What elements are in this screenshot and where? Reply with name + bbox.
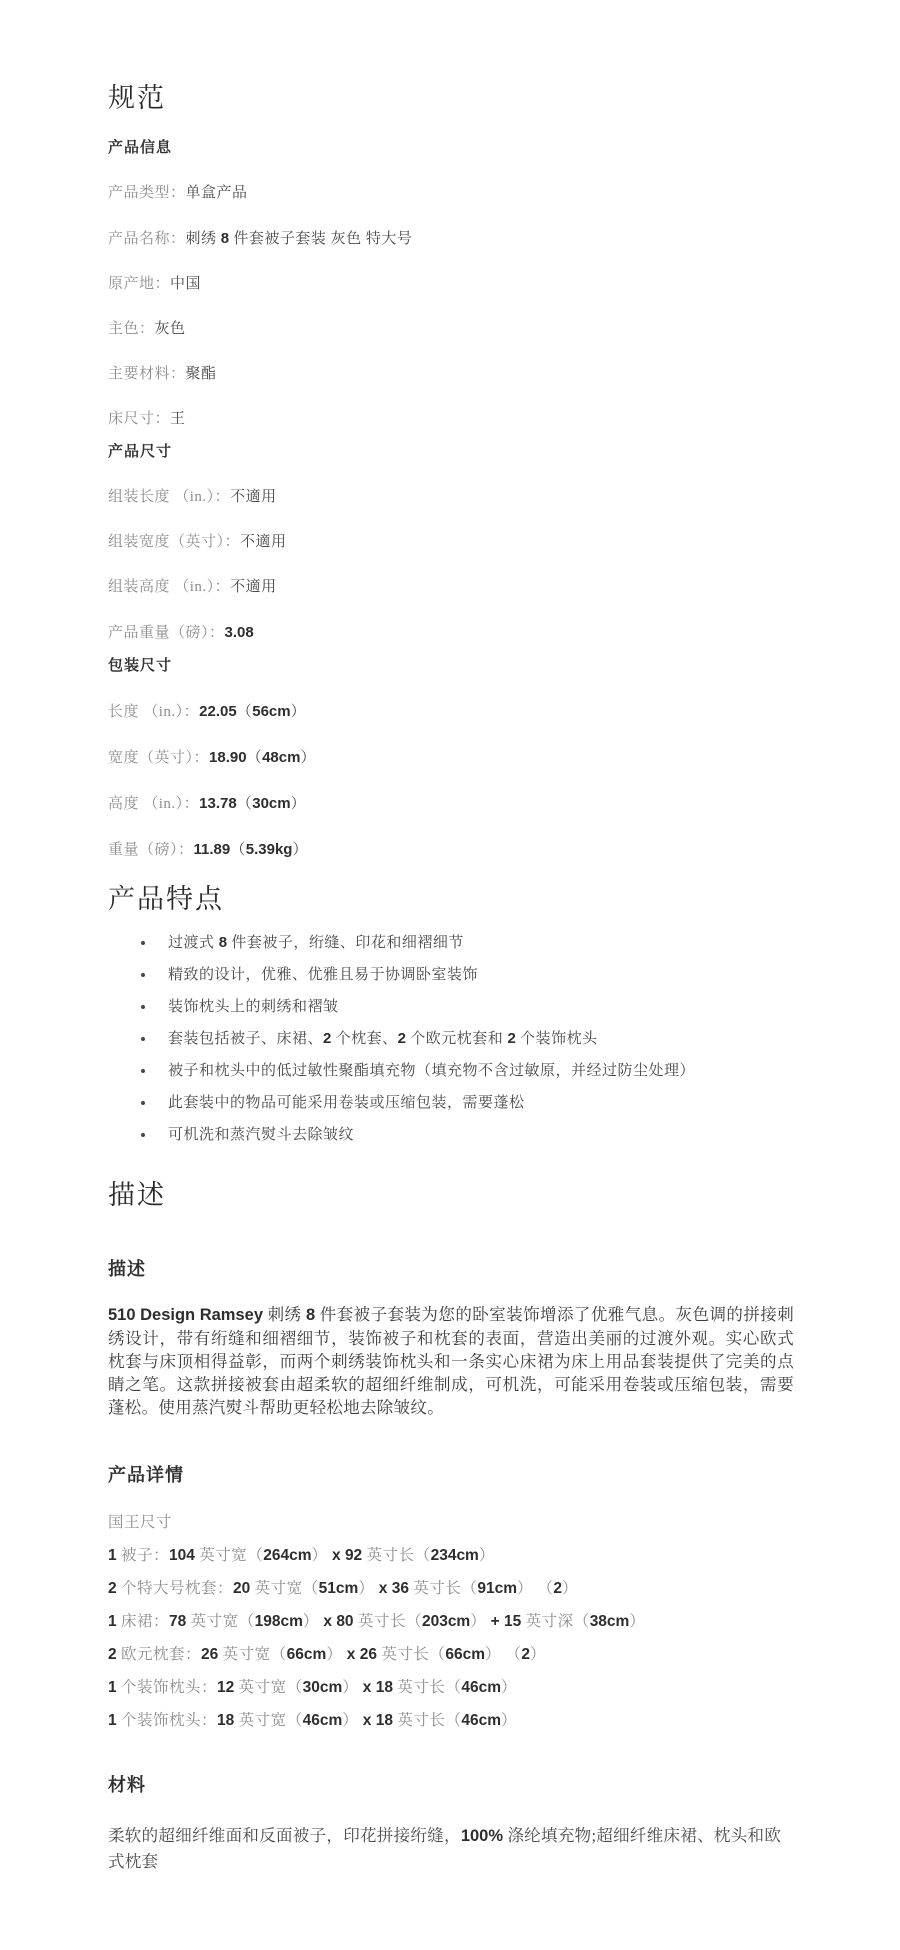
latin-numeric-text: 8 <box>221 230 229 247</box>
features-title: 产品特点 <box>108 883 794 915</box>
spec-group: 产品信息产品类型：单盒产品产品名称：刺绣 8 件套被子套装 灰色 特大号原产地：… <box>108 138 794 430</box>
latin-numeric-text: 104 <box>169 1547 195 1564</box>
details-size-label: 国王尺寸 <box>108 1512 794 1533</box>
spec-group-heading: 包装尺寸 <box>108 656 794 677</box>
feature-item: 套装包括被子、床裙、2 个枕套、2 个欧元枕套和 2 个装饰枕头 <box>156 1029 794 1049</box>
latin-numeric-text: 26 <box>360 1646 377 1663</box>
spec-row-value: 不適用 <box>240 534 287 550</box>
spec-row: 主要材料：聚酯 <box>108 364 794 385</box>
spec-row: 组装宽度（英寸）：不適用 <box>108 532 794 553</box>
latin-numeric-text: x <box>379 1580 388 1597</box>
latin-numeric-text: 1 <box>108 1679 117 1696</box>
spec-row-label: 产品名称： <box>108 231 186 247</box>
latin-numeric-text: 2 <box>507 1030 515 1047</box>
latin-numeric-text: x <box>363 1712 372 1729</box>
materials-heading: 材料 <box>108 1773 794 1797</box>
latin-numeric-text: 66cm <box>287 1646 327 1663</box>
latin-numeric-text: 91cm <box>477 1580 517 1597</box>
latin-numeric-text: 234cm <box>431 1547 479 1564</box>
latin-numeric-text: 18 <box>217 1712 234 1729</box>
spec-row-value: 18.90（48cm） <box>209 750 316 766</box>
spec-row: 产品名称：刺绣 8 件套被子套装 灰色 特大号 <box>108 228 794 250</box>
latin-numeric-text: Design <box>140 1306 195 1324</box>
spec-group-heading: 产品信息 <box>108 138 794 159</box>
latin-numeric-text: 46cm <box>461 1679 501 1696</box>
latin-numeric-text: 78 <box>169 1613 186 1630</box>
spec-row: 重量（磅）：11.89（5.39kg） <box>108 839 794 861</box>
latin-numeric-text: 100% <box>461 1827 503 1845</box>
latin-numeric-text: 80 <box>336 1613 353 1630</box>
latin-numeric-text: 3.08 <box>225 624 254 641</box>
latin-numeric-text: 2 <box>398 1030 406 1047</box>
latin-numeric-text: x <box>363 1679 372 1696</box>
spec-row: 原产地：中国 <box>108 274 794 295</box>
detail-line: 1 床裙：78 英寸宽（198cm） x 80 英寸长（203cm） + 15 … <box>108 1611 794 1632</box>
latin-numeric-text: x <box>323 1613 332 1630</box>
latin-numeric-text: 198cm <box>255 1613 303 1630</box>
spec-row-label: 长度 （in.）： <box>108 704 199 720</box>
spec-row-label: 宽度（英寸）： <box>108 750 209 766</box>
latin-numeric-text: 12 <box>217 1679 234 1696</box>
latin-numeric-text: 18 <box>376 1712 393 1729</box>
spec-row-label: 组装高度 （in.）： <box>108 579 230 595</box>
latin-numeric-text: 26 <box>201 1646 218 1663</box>
spec-row: 高度 （in.）：13.78（30cm） <box>108 793 794 815</box>
description-subheading: 描述 <box>108 1257 794 1281</box>
spec-row-value: 11.89（5.39kg） <box>194 842 308 858</box>
description-body: 510 Design Ramsey 刺绣 8 件套被子套装为您的卧室装饰增添了优… <box>108 1303 794 1419</box>
feature-item: 精致的设计，优雅、优雅且易于协调卧室装饰 <box>156 965 794 985</box>
spec-row-value: 聚酯 <box>186 366 217 382</box>
spec-groups: 产品信息产品类型：单盒产品产品名称：刺绣 8 件套被子套装 灰色 特大号原产地：… <box>108 138 794 861</box>
spec-group: 包装尺寸长度 （in.）：22.05（56cm）宽度（英寸）：18.90（48c… <box>108 656 794 861</box>
latin-numeric-text: 203cm <box>422 1613 470 1630</box>
latin-numeric-text: 2 <box>323 1030 331 1047</box>
spec-row: 产品类型：单盒产品 <box>108 183 794 204</box>
latin-numeric-text: 56cm <box>252 703 290 720</box>
spec-row-value: 灰色 <box>155 321 186 337</box>
spec-row-value: 刺绣 8 件套被子套装 灰色 特大号 <box>186 231 413 247</box>
feature-item: 过渡式 8 件套被子，绗缝、印花和细褶细节 <box>156 933 794 953</box>
latin-numeric-text: 36 <box>392 1580 409 1597</box>
latin-numeric-text: 30cm <box>252 795 290 812</box>
spec-row-label: 高度 （in.）： <box>108 796 199 812</box>
spec-row-label: 产品重量（磅）： <box>108 625 225 641</box>
latin-numeric-text: 51cm <box>319 1580 359 1597</box>
spec-row-label: 产品类型： <box>108 185 186 201</box>
latin-numeric-text: 48cm <box>262 749 300 766</box>
latin-numeric-text: 30cm <box>303 1679 343 1696</box>
spec-row-label: 组装宽度（英寸）： <box>108 534 240 550</box>
latin-numeric-text: 92 <box>345 1547 362 1564</box>
latin-numeric-text: x <box>332 1547 341 1564</box>
spec-row: 主色：灰色 <box>108 319 794 340</box>
latin-numeric-text: 46cm <box>461 1712 501 1729</box>
spec-row-label: 床尺寸： <box>108 411 170 427</box>
latin-numeric-text: x <box>347 1646 356 1663</box>
feature-item: 可机洗和蒸汽熨斗去除皱纹 <box>156 1125 794 1145</box>
spec-row-value: 13.78（30cm） <box>199 796 306 812</box>
spec-row: 组装长度 （in.）：不適用 <box>108 487 794 508</box>
spec-row-value: 王 <box>170 411 186 427</box>
latin-numeric-text: 18 <box>376 1679 393 1696</box>
latin-numeric-text: 18.90 <box>209 749 247 766</box>
spec-row-value: 单盒产品 <box>186 185 248 201</box>
latin-numeric-text: 15 <box>504 1613 521 1630</box>
details-heading: 产品详情 <box>108 1463 794 1487</box>
latin-numeric-text: 11.89 <box>194 841 231 858</box>
spec-row-label: 重量（磅）： <box>108 842 194 858</box>
spec-group: 产品尺寸组装长度 （in.）：不適用组装宽度（英寸）：不適用组装高度 （in.）… <box>108 442 794 644</box>
specifications-title: 规范 <box>108 82 794 114</box>
spec-row-label: 原产地： <box>108 276 170 292</box>
spec-group-heading: 产品尺寸 <box>108 442 794 463</box>
materials-body: 柔软的超细纤维面和反面被子，印花拼接绗缝，100% 涤纶填充物;超细纤维床裙、枕… <box>108 1823 794 1874</box>
latin-numeric-text: 2 <box>553 1580 562 1597</box>
latin-numeric-text: 5.39kg <box>246 841 293 858</box>
latin-numeric-text: 8 <box>219 934 227 951</box>
latin-numeric-text: 22.05 <box>199 703 237 720</box>
latin-numeric-text: 2 <box>108 1646 117 1663</box>
spec-row: 组装高度 （in.）：不適用 <box>108 577 794 598</box>
spec-row-value: 22.05（56cm） <box>199 704 306 720</box>
latin-numeric-text: 2 <box>108 1580 117 1597</box>
feature-item: 装饰枕头上的刺绣和褶皱 <box>156 997 794 1017</box>
detail-line: 1 个装饰枕头：18 英寸宽（46cm） x 18 英寸长（46cm） <box>108 1710 794 1731</box>
latin-numeric-text: Ramsey <box>200 1306 263 1324</box>
latin-numeric-text: 264cm <box>263 1547 311 1564</box>
detail-line: 1 个装饰枕头：12 英寸宽（30cm） x 18 英寸长（46cm） <box>108 1677 794 1698</box>
latin-numeric-text: 20 <box>233 1580 250 1597</box>
detail-line: 2 欧元枕套：26 英寸宽（66cm） x 26 英寸长（66cm） （2） <box>108 1644 794 1665</box>
spec-row: 产品重量（磅）：3.08 <box>108 622 794 644</box>
feature-item: 此套装中的物品可能采用卷装或压缩包装，需要蓬松 <box>156 1093 794 1113</box>
spec-row-value: 中国 <box>170 276 201 292</box>
spec-row-value: 3.08 <box>225 625 254 641</box>
latin-numeric-text: + <box>491 1613 500 1630</box>
features-list: 过渡式 8 件套被子，绗缝、印花和细褶细节精致的设计，优雅、优雅且易于协调卧室装… <box>108 933 794 1145</box>
spec-row-value: 不適用 <box>230 489 277 505</box>
latin-numeric-text: 8 <box>306 1306 315 1324</box>
latin-numeric-text: 38cm <box>590 1613 630 1630</box>
feature-item: 被子和枕头中的低过敏性聚酯填充物（填充物不含过敏原，并经过防尘处理） <box>156 1061 794 1081</box>
latin-numeric-text: 46cm <box>303 1712 343 1729</box>
spec-row: 长度 （in.）：22.05（56cm） <box>108 701 794 723</box>
detail-line: 2 个特大号枕套：20 英寸宽（51cm） x 36 英寸长（91cm） （2） <box>108 1578 794 1599</box>
latin-numeric-text: 2 <box>521 1646 530 1663</box>
latin-numeric-text: 66cm <box>445 1646 485 1663</box>
detail-lines: 1 被子：104 英寸宽（264cm） x 92 英寸长（234cm）2 个特大… <box>108 1545 794 1731</box>
spec-row: 床尺寸：王 <box>108 409 794 430</box>
spec-row-label: 组装长度 （in.）： <box>108 489 230 505</box>
description-title: 描述 <box>108 1179 794 1211</box>
latin-numeric-text: 510 <box>108 1306 136 1324</box>
latin-numeric-text: 1 <box>108 1712 117 1729</box>
spec-row-label: 主色： <box>108 321 155 337</box>
detail-line: 1 被子：104 英寸宽（264cm） x 92 英寸长（234cm） <box>108 1545 794 1566</box>
latin-numeric-text: 1 <box>108 1547 117 1564</box>
latin-numeric-text: 1 <box>108 1613 117 1630</box>
product-spec-document: 规范 产品信息产品类型：单盒产品产品名称：刺绣 8 件套被子套装 灰色 特大号原… <box>0 0 900 1874</box>
spec-row-label: 主要材料： <box>108 366 186 382</box>
spec-row: 宽度（英寸）：18.90（48cm） <box>108 747 794 769</box>
spec-row-value: 不適用 <box>230 579 277 595</box>
latin-numeric-text: 13.78 <box>199 795 237 812</box>
